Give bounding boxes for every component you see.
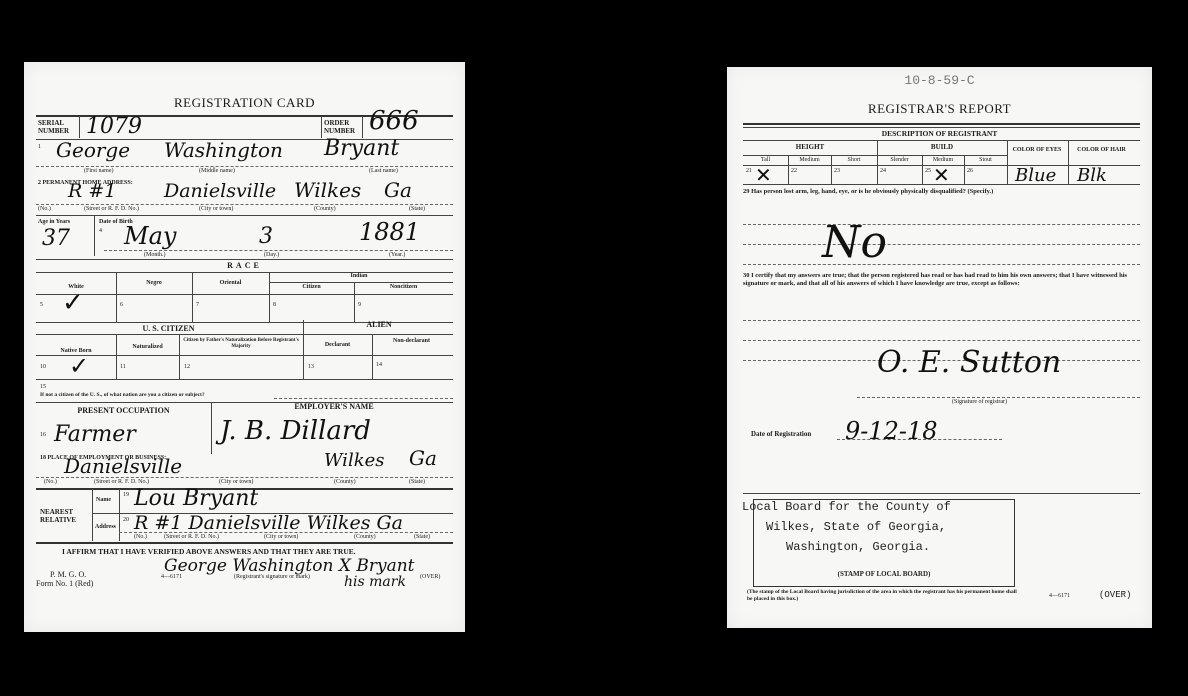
first-name-value: George	[56, 138, 130, 162]
order-number-value: 666	[369, 106, 419, 136]
registration-card: REGISTRATION CARD SERIAL NUMBER 1079 ORD…	[24, 62, 465, 632]
dob-day-value: 3	[259, 224, 273, 249]
hair-color-value: Blk	[1077, 165, 1107, 186]
stamp-caption: (STAMP OF LOCAL BOARD)	[754, 570, 1014, 578]
hair-color-header: COLOR OF HAIR	[1069, 147, 1134, 154]
over-label: (OVER)	[1099, 590, 1131, 600]
order-number-label: ORDER NUMBER	[324, 119, 362, 135]
date-of-registration-value: 9-12-18	[845, 417, 938, 445]
employer-header: EMPLOYER'S NAME	[214, 403, 454, 411]
disqualification-answer: No	[822, 217, 887, 268]
stamp-line-2: Wilkes, State of Georgia,	[766, 520, 946, 534]
eye-color-value: Blue	[1015, 165, 1056, 186]
disqualification-question: 29 Has person lost arm, leg, hand, eye, …	[743, 188, 1138, 195]
stamp-line-3: Washington, Georgia.	[786, 540, 930, 554]
form-id-number: Form No. 1 (Red)	[36, 579, 93, 588]
native-born-checkmark: ✓	[69, 352, 89, 380]
height-header: HEIGHT	[743, 144, 877, 151]
affirmation-text: I AFFIRM THAT I HAVE VERIFIED ABOVE ANSW…	[62, 548, 356, 556]
race-white-checkmark: ✓	[62, 288, 84, 318]
relative-address-value: R #1 Danielsville Wilkes Ga	[134, 512, 403, 534]
stamp-line-1: Local Board for the County of	[742, 500, 951, 514]
height-tall-mark: ✕	[755, 163, 772, 187]
date-of-registration-label: Date of Registration	[751, 431, 811, 438]
form-id-pmgo: P. M. G. O.	[50, 570, 86, 579]
registrant-signature: George Washington X Bryant	[164, 556, 414, 576]
registrar-signature: O. E. Sutton	[877, 345, 1061, 380]
serial-number-value: 1079	[86, 114, 142, 139]
build-medium-mark: ✕	[933, 163, 950, 187]
dob-month-value: May	[124, 222, 176, 250]
nearest-relative-label: NEAREST RELATIVE	[40, 508, 92, 524]
last-name-value: Bryant	[324, 136, 399, 161]
over-label: (OVER)	[420, 574, 440, 581]
indian-header: Indian	[269, 273, 449, 280]
address-street-value: R #1	[68, 180, 116, 202]
top-code: 10-8-59-C	[727, 73, 1152, 88]
build-header: BUILD	[877, 144, 1007, 151]
employer-value: J. B. Dillard	[220, 416, 371, 446]
occupation-header: PRESENT OCCUPATION	[36, 407, 211, 415]
eye-color-header: COLOR OF EYES	[1007, 147, 1067, 154]
nationality-question: If not a citizen of the U. S., of what n…	[40, 392, 205, 399]
stamp-note: (The stamp of the Local Board having jur…	[747, 589, 1017, 603]
occupation-value: Farmer	[54, 422, 136, 447]
us-citizen-header: U. S. CITIZEN	[36, 324, 301, 333]
alien-header: ALIEN	[304, 320, 454, 329]
print-code: 4—6171	[1049, 593, 1070, 600]
race-header: RACE	[24, 261, 465, 270]
report-title: REGISTRAR'S REPORT	[727, 101, 1152, 117]
address-county-value: Wilkes	[294, 178, 361, 202]
middle-name-value: Washington	[164, 138, 283, 162]
dob-year-value: 1881	[359, 218, 420, 246]
description-header: DESCRIPTION OF REGISTRANT	[727, 130, 1152, 137]
serial-number-label: SERIAL NUMBER	[38, 119, 78, 135]
age-value: 37	[42, 226, 70, 251]
address-city-value: Danielsville	[164, 180, 276, 202]
address-state-value: Ga	[384, 178, 412, 202]
local-board-stamp-box: Local Board for the County of Wilkes, St…	[753, 499, 1015, 587]
employment-place-state-value: Ga	[409, 446, 437, 470]
certification-text: 30 I certify that my answers are true; t…	[743, 272, 1138, 288]
employment-place-county-value: Wilkes	[324, 450, 385, 471]
registrars-report-card: 10-8-59-C REGISTRAR'S REPORT DESCRIPTION…	[727, 67, 1152, 628]
employment-place-street-value: Danielsville	[64, 454, 182, 478]
print-code: 4—6171	[161, 574, 182, 581]
signature-mark-note: his mark	[344, 574, 406, 590]
relative-name-value: Lou Bryant	[134, 486, 258, 511]
age-label: Age in Years	[38, 219, 70, 226]
